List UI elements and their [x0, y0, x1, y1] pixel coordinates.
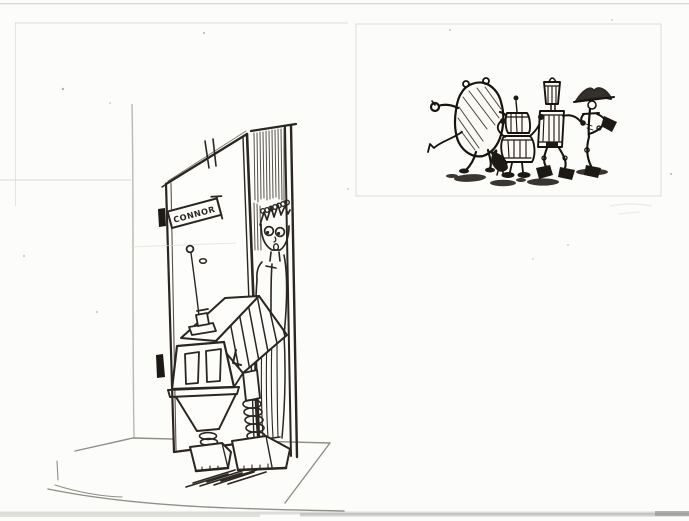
clasped-hands	[500, 118, 506, 124]
droid-windshield	[172, 342, 234, 389]
sketch-page: CONNOR	[0, 0, 689, 521]
barrel-robot-antenna-ball	[514, 96, 519, 101]
clasped-hands	[580, 120, 586, 126]
scan-bottom-band	[0, 511, 689, 517]
sketch-canvas: CONNOR	[0, 0, 689, 521]
boy-pupil	[266, 231, 269, 234]
paper-background	[0, 0, 689, 521]
scan-top-line	[0, 3, 689, 4]
boy-pupil	[277, 232, 280, 235]
clasped-hands	[538, 114, 544, 120]
